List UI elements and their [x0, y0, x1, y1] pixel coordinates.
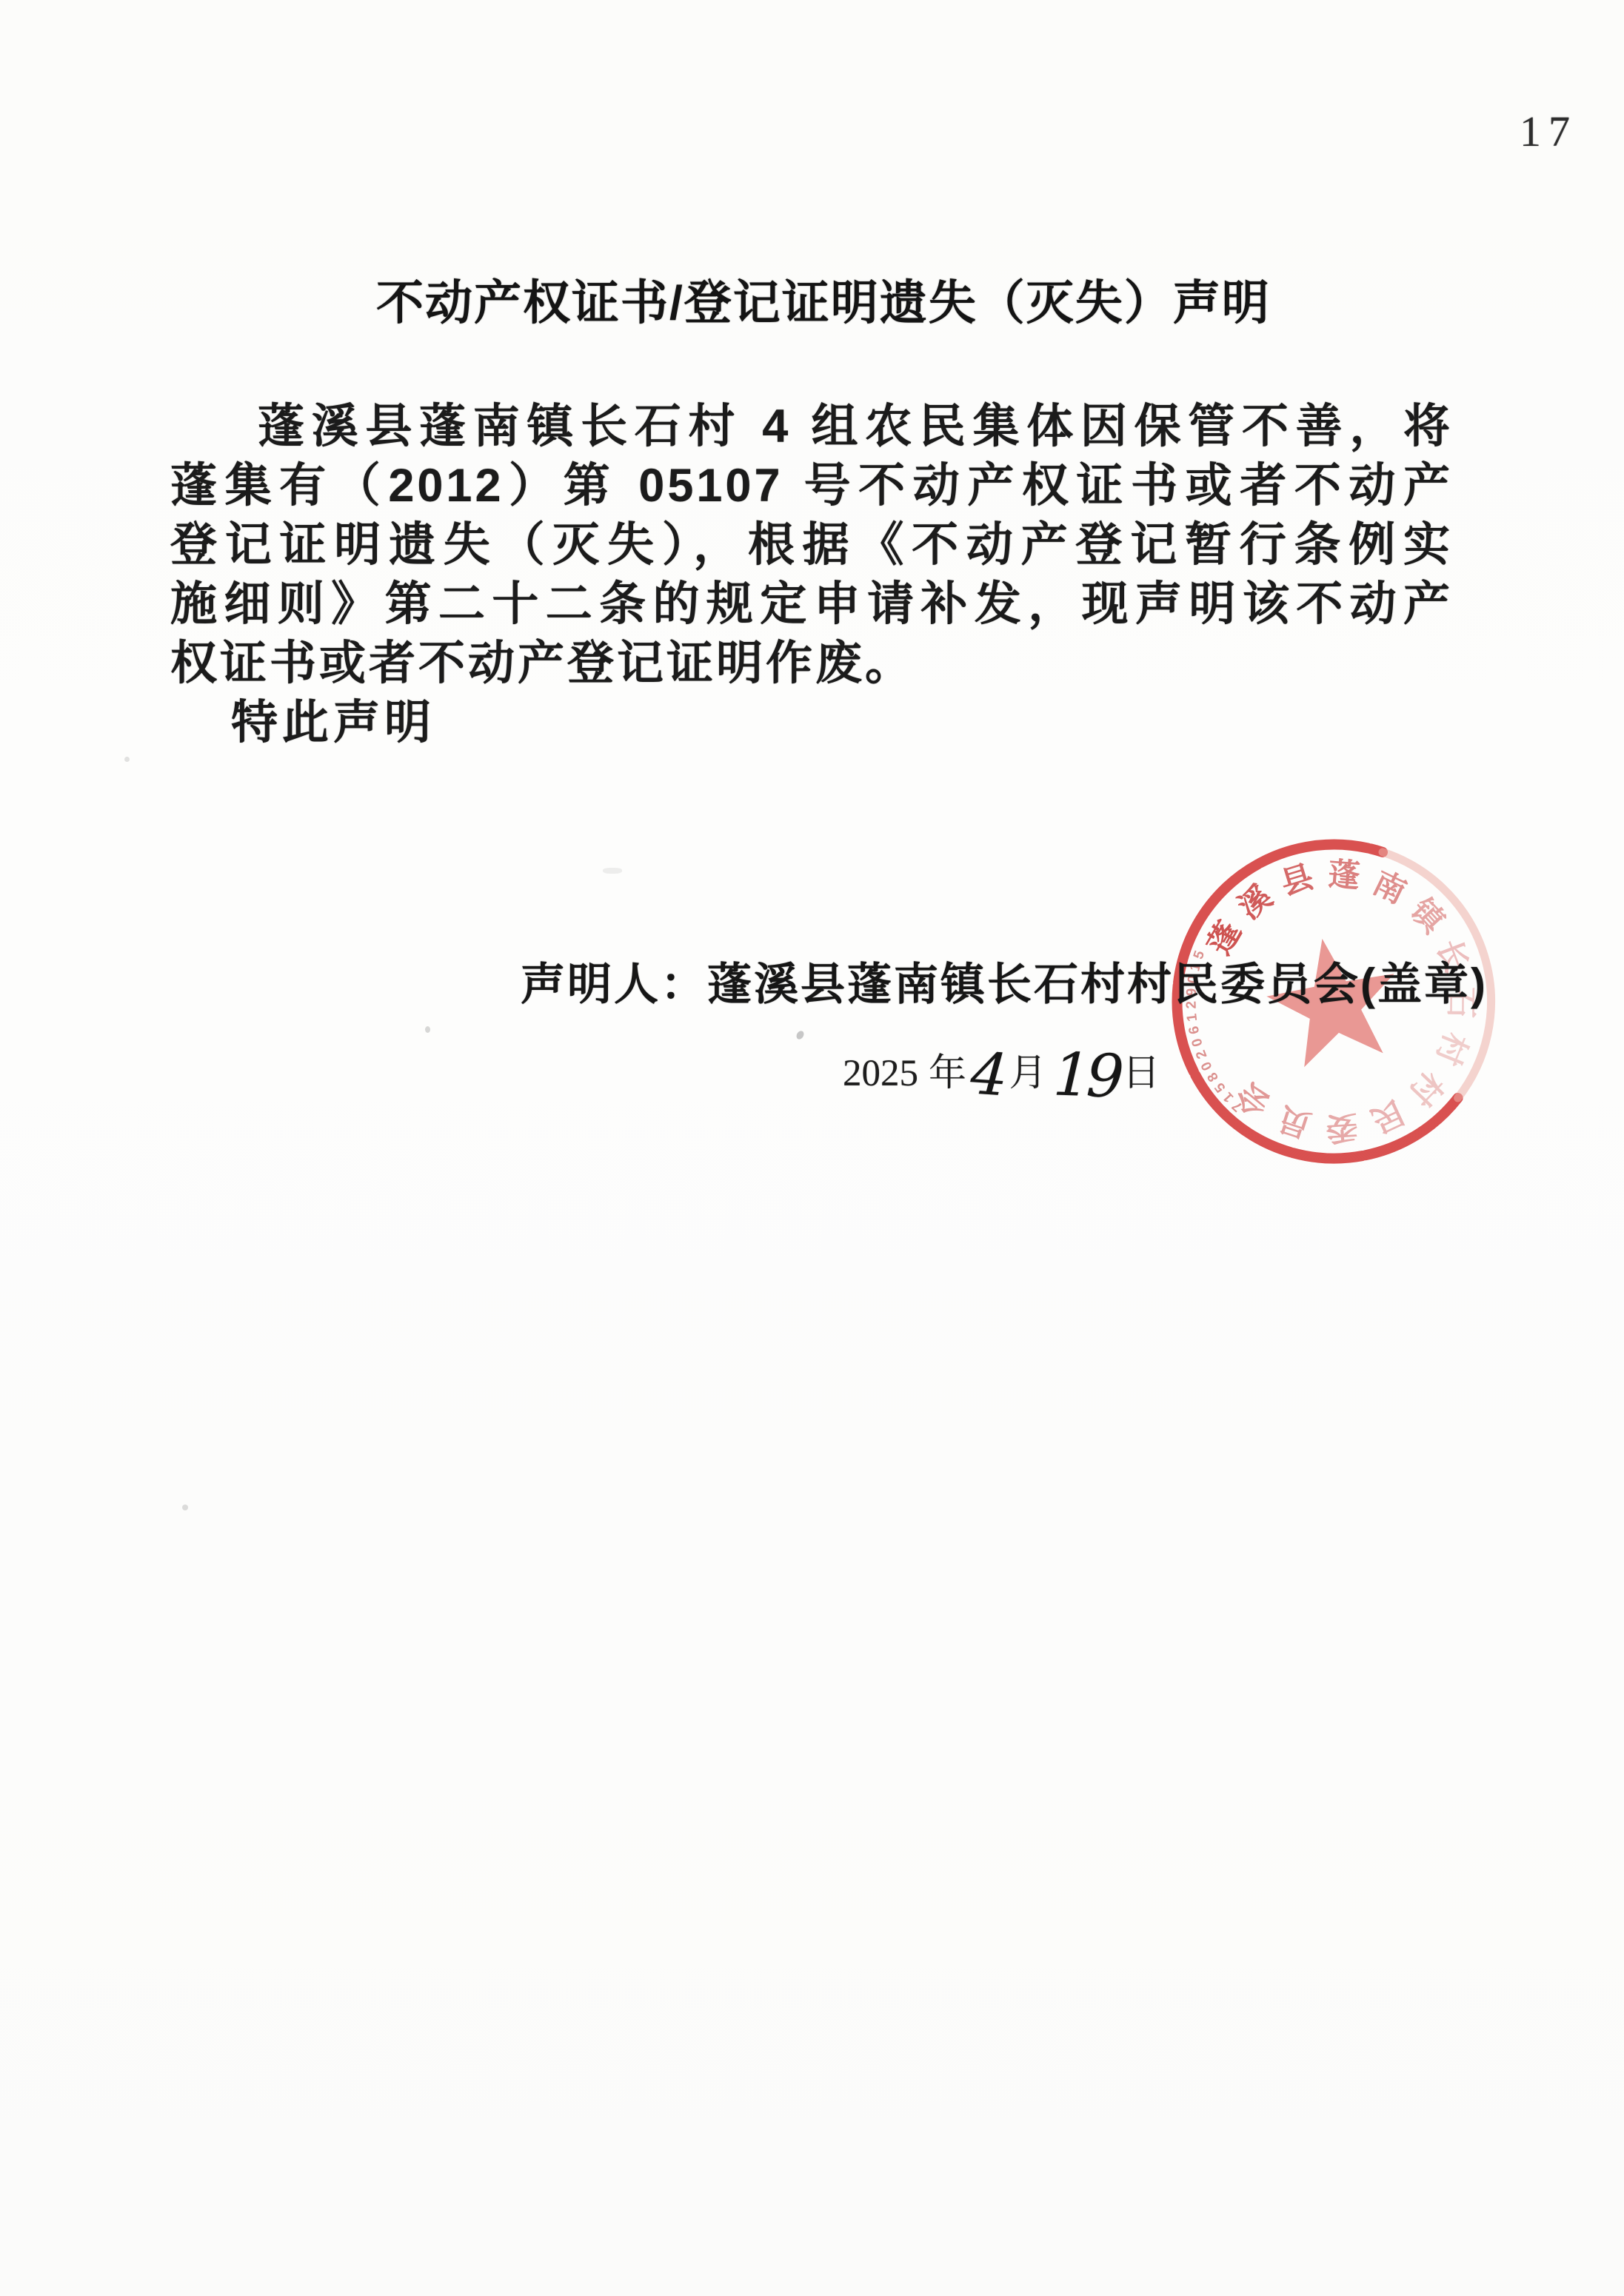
svg-text:6: 6 [1186, 1025, 1203, 1036]
svg-text:0: 0 [1189, 1037, 1206, 1048]
scan-speck [425, 1026, 430, 1033]
body-line: 施细则》第二十二条的规定申请补发，现声明该不动产 [170, 575, 1453, 634]
date-line: 2025年4月19日 [843, 1041, 1160, 1110]
date-month-handwritten: 4 [969, 1040, 1010, 1109]
body-line: 蓬溪县蓬南镇长石村 4 组农民集体因保管不善，将 [170, 397, 1453, 456]
declarant-label: 声明人： [521, 960, 707, 1009]
scan-speck [182, 1505, 188, 1510]
svg-text:村: 村 [1402, 1065, 1449, 1112]
document-title: 不动产权证书/登记证明遗失（灭失）声明 [376, 265, 1317, 333]
date-year: 2025 [843, 1053, 918, 1094]
declarant-line: 声明人：蓬溪县蓬南镇长石村村民委员会(盖章) [521, 949, 1488, 1013]
body-line: 蓬集有（2012）第 05107 号不动产权证书或者不动产 [170, 456, 1453, 515]
svg-text:员: 员 [1272, 1099, 1316, 1143]
svg-text:0: 0 [1198, 1059, 1216, 1073]
body-closing-line: 特此声明 [170, 693, 1453, 752]
svg-text:蓬: 蓬 [1327, 857, 1362, 894]
declaration-body: 蓬溪县蓬南镇长石村 4 组农民集体因保管不善，将 蓬集有（2012）第 0510… [170, 397, 1453, 752]
scan-speck [124, 757, 130, 762]
svg-text:会: 会 [1230, 1075, 1277, 1122]
date-day-handwritten: 19 [1052, 1040, 1120, 1111]
date-day-unit: 日 [1122, 1053, 1160, 1094]
svg-text:1: 1 [1184, 1012, 1200, 1022]
svg-text:2: 2 [1193, 1048, 1210, 1061]
declarant-seal-note: (盖章) [1360, 960, 1488, 1009]
body-line: 登记证明遗失（灭失），根据《不动产登记暂行条例实 [170, 515, 1453, 575]
svg-text:村: 村 [1428, 1027, 1474, 1070]
svg-text:镇: 镇 [1403, 892, 1452, 941]
svg-text:溪: 溪 [1232, 879, 1279, 926]
svg-text:民: 民 [1366, 1093, 1409, 1139]
page-number: 17 [1520, 107, 1577, 156]
date-month-unit: 月 [1009, 1053, 1047, 1094]
scan-smudge [603, 868, 622, 874]
svg-text:委: 委 [1325, 1109, 1359, 1147]
declarant-name: 蓬溪县蓬南镇长石村村民委员会 [707, 960, 1360, 1009]
svg-text:南: 南 [1367, 865, 1411, 911]
date-year-unit: 年 [929, 1053, 966, 1094]
svg-text:8: 8 [1205, 1069, 1222, 1084]
body-line: 权证书或者不动产登记证明作废。 [170, 634, 1453, 693]
svg-text:县: 县 [1277, 859, 1317, 902]
